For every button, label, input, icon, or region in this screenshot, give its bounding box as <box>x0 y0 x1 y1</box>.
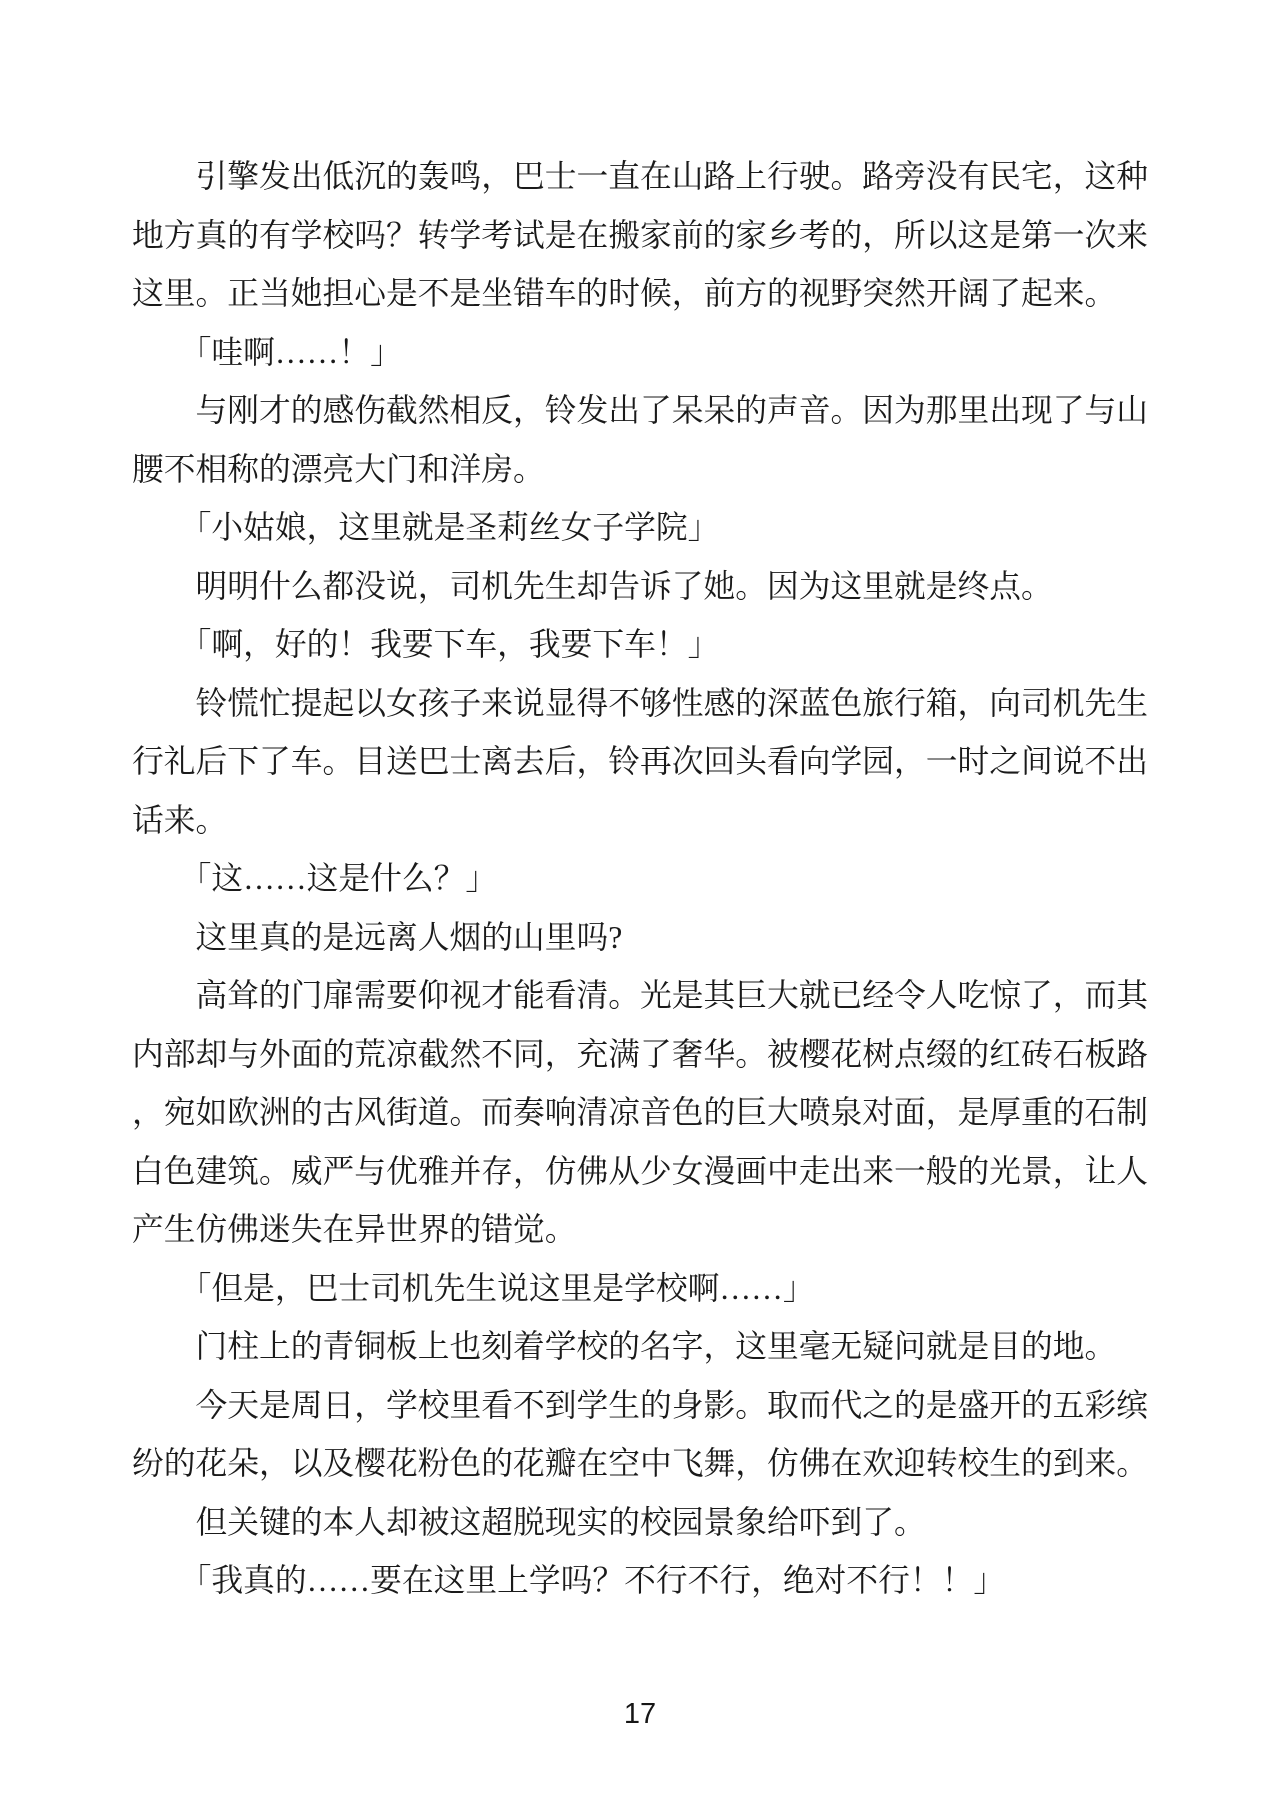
text-line: 高耸的门扉需要仰视才能看清。光是其巨大就已经令人吃惊了，而其 <box>132 967 1150 1026</box>
text-line: 「小姑娘，这里就是圣莉丝女子学院」 <box>132 499 1150 558</box>
text-line: ，宛如欧洲的古风街道。而奏响清凉音色的巨大喷泉对面，是厚重的石制 <box>132 1084 1150 1143</box>
text-line: 引擎发出低沉的轰鸣，巴士一直在山路上行驶。路旁没有民宅，这种 <box>132 148 1150 207</box>
text-line: 地方真的有学校吗？转学考试是在搬家前的家乡考的，所以这是第一次来 <box>132 207 1150 266</box>
text-line: 今天是周日，学校里看不到学生的身影。取而代之的是盛开的五彩缤 <box>132 1377 1150 1436</box>
text-line: 产生仿佛迷失在异世界的错觉。 <box>132 1201 1150 1260</box>
body-text: 引擎发出低沉的轰鸣，巴士一直在山路上行驶。路旁没有民宅，这种地方真的有学校吗？转… <box>132 148 1150 1611</box>
text-line: 明明什么都没说，司机先生却告诉了她。因为这里就是终点。 <box>132 558 1150 617</box>
text-line: 与刚才的感伤截然相反，铃发出了呆呆的声音。因为那里出现了与山 <box>132 382 1150 441</box>
text-line: 内部却与外面的荒凉截然不同，充满了奢华。被樱花树点缀的红砖石板路 <box>132 1026 1150 1085</box>
text-line: 「但是，巴士司机先生说这里是学校啊……」 <box>132 1260 1150 1319</box>
text-line: 这里真的是远离人烟的山里吗? <box>132 909 1150 968</box>
text-line: 白色建筑。威严与优雅并存，仿佛从少女漫画中走出来一般的光景，让人 <box>132 1143 1150 1202</box>
text-line: 「这……这是什么？」 <box>132 850 1150 909</box>
text-line: 但关键的本人却被这超脱现实的校园景象给吓到了。 <box>132 1494 1150 1553</box>
text-line: 「啊，好的！我要下车，我要下车！」 <box>132 616 1150 675</box>
novel-page: 引擎发出低沉的轰鸣，巴士一直在山路上行驶。路旁没有民宅，这种地方真的有学校吗？转… <box>0 0 1280 1810</box>
text-line: 「我真的……要在这里上学吗？不行不行，绝对不行！！」 <box>132 1552 1150 1611</box>
text-line: 腰不相称的漂亮大门和洋房。 <box>132 441 1150 500</box>
text-line: 铃慌忙提起以女孩子来说显得不够性感的深蓝色旅行箱，向司机先生 <box>132 675 1150 734</box>
text-line: 门柱上的青铜板上也刻着学校的名字，这里毫无疑问就是目的地。 <box>132 1318 1150 1377</box>
text-line: 话来。 <box>132 792 1150 851</box>
text-line: 行礼后下了车。目送巴士离去后，铃再次回头看向学园，一时之间说不出 <box>132 733 1150 792</box>
text-line: 这里。正当她担心是不是坐错车的时候，前方的视野突然开阔了起来。 <box>132 265 1150 324</box>
text-line: 纷的花朵，以及樱花粉色的花瓣在空中飞舞，仿佛在欢迎转校生的到来。 <box>132 1435 1150 1494</box>
text-line: 「哇啊……！」 <box>132 324 1150 383</box>
page-number: 17 <box>0 1698 1280 1731</box>
